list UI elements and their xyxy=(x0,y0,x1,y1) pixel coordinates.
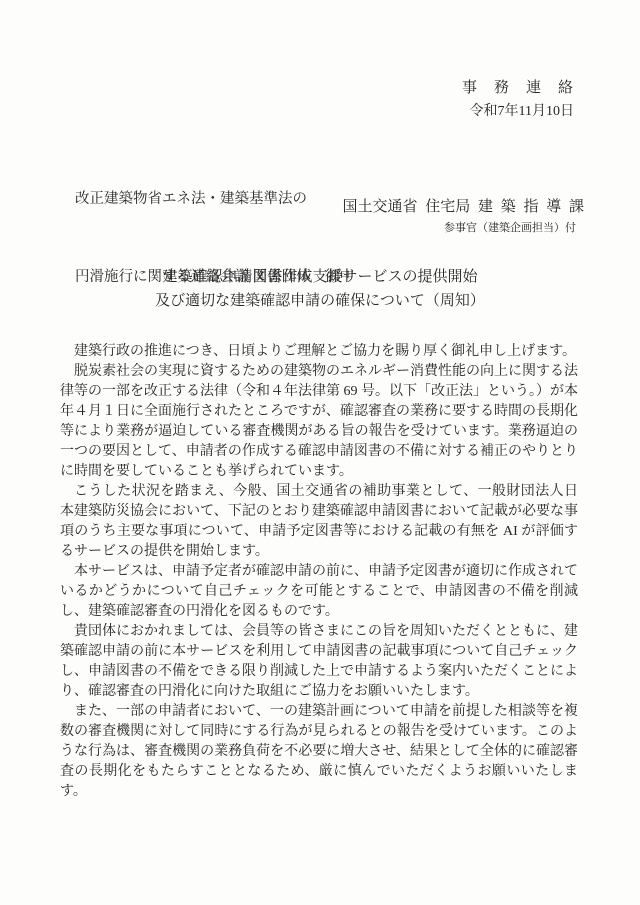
paragraph: 建築行政の推進につき、日頃よりご理解とご協力を賜り厚く御礼申し上げます。 xyxy=(60,342,578,362)
paragraph: こうした状況を踏まえ、今般、国土交通省の補助事業として、一般財団法人日本建築防災… xyxy=(60,482,578,562)
paragraph: 本サービスは、申請予定者が確認申請の前に、申請予定図書が適切に作成されているかど… xyxy=(60,562,578,622)
sender-organization: 国土交通省 住宅局 建 築 指 導 課 xyxy=(342,195,584,216)
paragraph: また、一部の申請者において、一の建築計画について申請を前提した相談等を複数の審査… xyxy=(60,702,578,802)
document-date: 令和7年11月10日 xyxy=(470,100,574,120)
doc-type-label: 事 務 連 絡 xyxy=(462,76,574,97)
document-title: 建築確認申請図書作成支援サービスの提供開始 及び適切な建築確認申請の確保について… xyxy=(0,265,640,313)
paragraph: 貴団体におかれましては、会員等の皆さまにこの旨を周知いただくとともに、建築確認申… xyxy=(60,622,578,702)
document-body: 建築行政の推進につき、日頃よりご理解とご協力を賜り厚く御礼申し上げます。 脱炭素… xyxy=(60,342,578,802)
title-line-1: 建築確認申請図書作成支援サービスの提供開始 xyxy=(0,265,640,289)
document-page: 事 務 連 絡 令和7年11月10日 改正建築物省エネ法・建築基準法の 円滑施行… xyxy=(0,0,640,905)
recipient-line-1: 改正建築物省エネ法・建築基準法の xyxy=(75,186,354,212)
title-line-2: 及び適切な建築確認申請の確保について（周知） xyxy=(0,289,640,313)
sender-department: 参事官（建築企画担当）付 xyxy=(444,219,576,235)
paragraph: 脱炭素社会の実現に資するための建築物のエネルギー消費性能の向上に関する法律等の一… xyxy=(60,362,578,482)
